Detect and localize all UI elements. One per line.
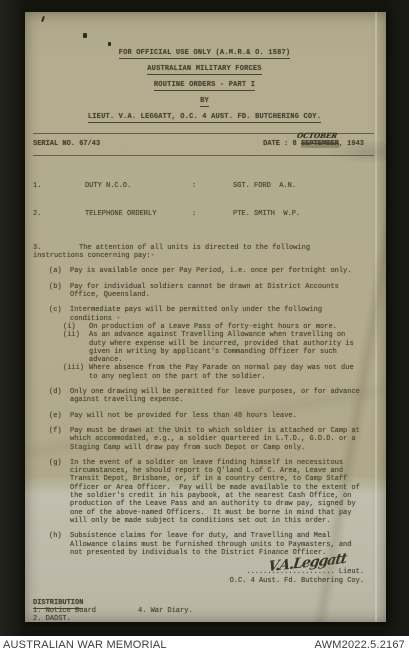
pay-item-a: (a) Pay is available once per Pay Period…	[49, 267, 376, 275]
duty-row: 2. TELEPHONE ORDERLY : PTE. SMITH W.P.	[33, 210, 376, 218]
pay-item-c: (c) Intermediate pays will be permitted …	[49, 306, 376, 323]
separator: :	[192, 210, 233, 218]
distribution-list: 1. Notice Board 2. DADST. 3. Transport 4…	[33, 607, 376, 622]
item-tag: (ii)	[63, 331, 89, 364]
item-text: Pay is available once per Pay Period, i.…	[70, 267, 360, 275]
pay-item-f: (f) Pay must be drawn at the Unit to whi…	[49, 427, 376, 452]
distribution-entry: 4. War Diary.	[138, 607, 193, 615]
header-line: FOR OFFICIAL USE ONLY (A.M.R.& O. 1587)	[33, 45, 376, 61]
condition-ii: (ii) As an advance against Travelling Al…	[63, 331, 376, 364]
item-number: 2.	[33, 210, 85, 218]
document-page: FOR OFFICIAL USE ONLY (A.M.R.& O. 1587) …	[25, 12, 386, 622]
signature-unit: O.C. 4 Aust. Fd. Butchering Coy.	[164, 577, 364, 585]
item-tag: (c)	[49, 306, 70, 323]
pay-item-b: (b) Pay for individual soldiers cannot b…	[49, 283, 376, 300]
distribution-section: DISTRIBUTION 1. Notice Board 2. DADST. 3…	[33, 599, 376, 622]
item-number: 3.	[33, 244, 41, 252]
distribution-entry: 2. DADST.	[33, 615, 138, 622]
classification-line: FOR OFFICIAL USE ONLY (A.M.R.& O. 1587)	[119, 49, 291, 59]
item-text: Pay must be drawn at the Unit to which s…	[70, 427, 360, 452]
scan-viewer: FOR OFFICIAL USE ONLY (A.M.R.& O. 1587) …	[0, 0, 409, 653]
force-line: AUSTRALIAN MILITARY FORCES	[147, 65, 261, 75]
item-text: Intermediate pays will be permitted only…	[70, 306, 360, 323]
date-field: DATE : 8 SEPTEMBER, 1943 OCTOBER	[263, 140, 364, 148]
date-suffix: , 1943	[339, 140, 364, 148]
distribution-col1: 1. Notice Board 2. DADST. 3. Transport	[33, 607, 138, 622]
item-tag: (iii)	[63, 364, 89, 381]
horizontal-rule	[33, 155, 374, 156]
pay-item-d: (d) Only one drawing will be permitted f…	[49, 388, 376, 405]
separator: :	[192, 182, 233, 190]
pay-item-e: (e) Pay will not be provided for less th…	[49, 412, 376, 420]
condition-iii: (iii) Where absence from the Pay Parade …	[63, 364, 376, 381]
header-line: ROUTINE ORDERS - PART I	[33, 77, 376, 93]
institution-name: AUSTRALIAN WAR MEMORIAL	[3, 639, 167, 651]
caption-bar: AUSTRALIAN WAR MEMORIAL AWM2022.5.2167	[0, 636, 409, 653]
handwritten-month: OCTOBER	[296, 132, 338, 140]
item-tag: (f)	[49, 427, 70, 452]
paragraph-3: 3. The attention of all units is directe…	[33, 244, 376, 261]
header-line: BY	[33, 93, 376, 109]
item-text: Pay will not be provided for less than 4…	[70, 412, 360, 420]
signature-block: V.A.Leggatt ..................... Lieut.…	[164, 568, 364, 586]
officer-line: LIEUT. V.A. LEGGATT, O.C. 4 AUST. FD. BU…	[88, 113, 321, 123]
date-struck-month: SEPTEMBER	[301, 140, 339, 148]
item-text: As an advance against Travelling Allowan…	[89, 331, 359, 364]
date-prefix: DATE : 8	[263, 140, 301, 148]
signature-line: ..................... Lieut.	[164, 568, 364, 576]
item-tag: (d)	[49, 388, 70, 405]
item-tag: (h)	[49, 532, 70, 557]
item-text: In the event of a soldier on leave findi…	[70, 459, 360, 525]
item-tag: (e)	[49, 412, 70, 420]
item-text: Pay for individual soldiers cannot be dr…	[70, 283, 360, 300]
document-content: FOR OFFICIAL USE ONLY (A.M.R.& O. 1587) …	[25, 12, 386, 622]
distribution-col2: 4. War Diary.	[138, 607, 193, 622]
header-line: LIEUT. V.A. LEGGATT, O.C. 4 AUST. FD. BU…	[33, 109, 376, 125]
duty-value: SGT. FORD A.N.	[233, 182, 296, 190]
serial-date-row: SERIAL NO. 67/43 DATE : 8 SEPTEMBER, 194…	[33, 140, 376, 148]
duty-value: PTE. SMITH W.P.	[233, 210, 300, 218]
paragraph-text: The attention of all units is directed t…	[33, 244, 333, 261]
item-tag: (a)	[49, 267, 70, 275]
item-text: Where absence from the Pay Parade on nor…	[89, 364, 359, 381]
duty-label: DUTY N.C.O.	[85, 182, 192, 190]
serial-number: SERIAL NO. 67/43	[33, 140, 100, 148]
pay-item-g: (g) In the event of a soldier on leave f…	[49, 459, 376, 525]
document-header: FOR OFFICIAL USE ONLY (A.M.R.& O. 1587) …	[33, 45, 376, 125]
duty-label: TELEPHONE ORDERLY	[85, 210, 192, 218]
item-number: 1.	[33, 182, 85, 190]
item-tag: (b)	[49, 283, 70, 300]
item-text: Only one drawing will be permitted for l…	[70, 388, 360, 405]
by-line: BY	[200, 97, 209, 107]
item-tag: (g)	[49, 459, 70, 525]
header-line: AUSTRALIAN MILITARY FORCES	[33, 61, 376, 77]
duty-row: 1. DUTY N.C.O. : SGT. FORD A.N.	[33, 182, 376, 190]
orders-title: ROUTINE ORDERS - PART I	[154, 81, 255, 91]
accession-number: AWM2022.5.2167	[315, 639, 405, 651]
